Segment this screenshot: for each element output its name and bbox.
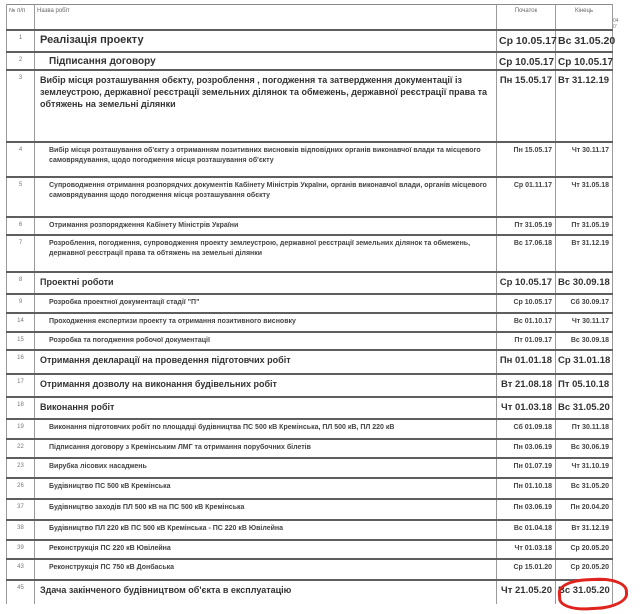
row-number: 4 <box>7 142 35 177</box>
start-date: Пт 31.05.19 <box>497 217 556 235</box>
table-row: 3Вибір місця розташування обєкту, розроб… <box>7 70 613 142</box>
end-date: Пт 30.11.18 <box>556 419 613 439</box>
task-name: Реконструкція ПС 750 кВ Донбаська <box>35 559 497 580</box>
row-number: 38 <box>7 520 35 540</box>
side-note: 04 0' <box>613 18 619 30</box>
start-date: Вс 17.06.18 <box>497 235 556 272</box>
end-date: Вс 30.09.18 <box>556 272 613 294</box>
task-name: Розробка проектної документації стадії "… <box>35 294 497 313</box>
start-date: Ср 01.11.17 <box>497 177 556 217</box>
start-date: Чт 01.03.18 <box>497 540 556 559</box>
table-row: 43Реконструкція ПС 750 кВ ДонбаськаСр 15… <box>7 559 613 580</box>
start-date: Ср 10.05.17 <box>497 294 556 313</box>
end-date: Вт 31.12.19 <box>556 520 613 540</box>
task-name: Розробка та погодження робочої документа… <box>35 332 497 350</box>
row-number: 6 <box>7 217 35 235</box>
task-name: Проходження експертизи проекту та отрима… <box>35 313 497 332</box>
header-name: Назва робіт <box>35 5 497 31</box>
table-body: 1Реалізація проектуСр 10.05.17Вс 31.05.2… <box>7 30 613 604</box>
start-date: Ср 15.01.20 <box>497 559 556 580</box>
end-date: Ср 10.05.17 <box>556 52 613 70</box>
task-name: Виконання підготовчих робіт по площадці … <box>35 419 497 439</box>
table-row: 16Отримання декларації на проведення під… <box>7 350 613 374</box>
row-number: 37 <box>7 499 35 520</box>
schedule-document: № п/п Назва робіт Початок Кінець 1Реаліз… <box>6 4 612 604</box>
header-end: Кінець <box>556 5 613 31</box>
row-number: 14 <box>7 313 35 332</box>
row-number: 2 <box>7 52 35 70</box>
end-date: Пн 20.04.20 <box>556 499 613 520</box>
end-date: Вс 30.09.18 <box>556 332 613 350</box>
end-date: Ср 20.05.20 <box>556 540 613 559</box>
table-row: 17Отримання дозволу на виконання будівел… <box>7 374 613 397</box>
table-row: 2Підписання договоруСр 10.05.17Ср 10.05.… <box>7 52 613 70</box>
start-date: Чт 21.05.20 <box>497 580 556 604</box>
table-row: 7Розроблення, погодження, супроводження … <box>7 235 613 272</box>
row-number: 23 <box>7 458 35 478</box>
start-date: Пн 03.06.19 <box>497 499 556 520</box>
row-number: 45 <box>7 580 35 604</box>
row-number: 1 <box>7 30 35 52</box>
task-name: Підписання договору з Кремінським ЛМГ та… <box>35 439 497 458</box>
task-name: Реалізація проекту <box>35 30 497 52</box>
end-date: Чт 31.10.19 <box>556 458 613 478</box>
table-row: 1Реалізація проектуСр 10.05.17Вс 31.05.2… <box>7 30 613 52</box>
start-date: Пн 15.05.17 <box>497 70 556 142</box>
header-num: № п/п <box>7 5 35 31</box>
table-header: № п/п Назва робіт Початок Кінець <box>7 5 613 31</box>
table-row: 39Реконструкція ПС 220 кВ ЮвілейнаЧт 01.… <box>7 540 613 559</box>
table-row: 4Вибір місця розташування об'єкту з отри… <box>7 142 613 177</box>
row-number: 19 <box>7 419 35 439</box>
table-row: 6Отримання розпорядження Кабінету Мініст… <box>7 217 613 235</box>
start-date: Вт 21.08.18 <box>497 374 556 397</box>
end-date: Вс 31.05.20 <box>556 580 613 604</box>
table-row: 9Розробка проектної документації стадії … <box>7 294 613 313</box>
start-date: Пн 15.05.17 <box>497 142 556 177</box>
row-number: 22 <box>7 439 35 458</box>
end-date: Ср 20.05.20 <box>556 559 613 580</box>
end-date: Вс 31.05.20 <box>556 478 613 499</box>
start-date: Пт 01.09.17 <box>497 332 556 350</box>
end-date: Вс 30.06.19 <box>556 439 613 458</box>
end-date: Пт 05.10.18 <box>556 374 613 397</box>
schedule-table: № п/п Назва робіт Початок Кінець 1Реаліз… <box>6 4 613 604</box>
task-name: Вибір місця розташування обєкту, розробл… <box>35 70 497 142</box>
task-name: Отримання декларації на проведення підго… <box>35 350 497 374</box>
table-row: 45Здача закінченого будівництвом об'єкта… <box>7 580 613 604</box>
end-date: Вт 31.12.19 <box>556 235 613 272</box>
row-number: 5 <box>7 177 35 217</box>
end-date: Чт 30.11.17 <box>556 313 613 332</box>
start-date: Ср 10.05.17 <box>497 272 556 294</box>
end-date: Пт 31.05.19 <box>556 217 613 235</box>
table-row: 14Проходження експертизи проекту та отри… <box>7 313 613 332</box>
row-number: 16 <box>7 350 35 374</box>
start-date: Вс 01.04.18 <box>497 520 556 540</box>
task-name: Вирубка лісових насаджень <box>35 458 497 478</box>
table-row: 26Будівництво ПС 500 кВ КремінськаПн 01.… <box>7 478 613 499</box>
task-name: Реконструкція ПС 220 кВ Ювілейна <box>35 540 497 559</box>
task-name: Будівництво ПС 500 кВ Кремінська <box>35 478 497 499</box>
start-date: Ср 10.05.17 <box>497 52 556 70</box>
start-date: Пн 03.06.19 <box>497 439 556 458</box>
task-name: Розроблення, погодження, супроводження п… <box>35 235 497 272</box>
task-name: Підписання договору <box>35 52 497 70</box>
row-number: 15 <box>7 332 35 350</box>
start-date: Пн 01.01.18 <box>497 350 556 374</box>
task-name: Проектні роботи <box>35 272 497 294</box>
table-row: 19Виконання підготовчих робіт по площадц… <box>7 419 613 439</box>
table-row: 8Проектні роботиСр 10.05.17Вс 30.09.18 <box>7 272 613 294</box>
start-date: Ср 10.05.17 <box>497 30 556 52</box>
table-row: 18Виконання робітЧт 01.03.18Вс 31.05.20 <box>7 397 613 419</box>
row-number: 8 <box>7 272 35 294</box>
end-date: Вс 31.05.20 <box>556 397 613 419</box>
row-number: 7 <box>7 235 35 272</box>
task-name: Супроводження отримання розпорядчих доку… <box>35 177 497 217</box>
task-name: Вибір місця розташування об'єкту з отрим… <box>35 142 497 177</box>
end-date: Вс 31.05.20 <box>556 30 613 52</box>
end-date: Сб 30.09.17 <box>556 294 613 313</box>
row-number: 18 <box>7 397 35 419</box>
task-name: Отримання розпорядження Кабінету Міністр… <box>35 217 497 235</box>
start-date: Пн 01.07.19 <box>497 458 556 478</box>
end-date: Чт 31.05.18 <box>556 177 613 217</box>
table-row: 15Розробка та погодження робочої докумен… <box>7 332 613 350</box>
table-row: 22Підписання договору з Кремінським ЛМГ … <box>7 439 613 458</box>
task-name: Виконання робіт <box>35 397 497 419</box>
start-date: Сб 01.09.18 <box>497 419 556 439</box>
row-number: 9 <box>7 294 35 313</box>
table-row: 5Супроводження отримання розпорядчих док… <box>7 177 613 217</box>
row-number: 43 <box>7 559 35 580</box>
row-number: 3 <box>7 70 35 142</box>
start-date: Вс 01.10.17 <box>497 313 556 332</box>
row-number: 26 <box>7 478 35 499</box>
start-date: Пн 01.10.18 <box>497 478 556 499</box>
table-row: 37Будівництво заходів ПЛ 500 кВ на ПС 50… <box>7 499 613 520</box>
end-date: Вт 31.12.19 <box>556 70 613 142</box>
task-name: Здача закінченого будівництвом об'єкта в… <box>35 580 497 604</box>
header-start: Початок <box>497 5 556 31</box>
end-date: Ср 31.01.18 <box>556 350 613 374</box>
start-date: Чт 01.03.18 <box>497 397 556 419</box>
end-date: Чт 30.11.17 <box>556 142 613 177</box>
table-row: 38Будівництво ПЛ 220 кВ ПС 500 кВ Кремін… <box>7 520 613 540</box>
row-number: 39 <box>7 540 35 559</box>
table-row: 23Вирубка лісових насадженьПн 01.07.19Чт… <box>7 458 613 478</box>
task-name: Отримання дозволу на виконання будівельн… <box>35 374 497 397</box>
task-name: Будівництво заходів ПЛ 500 кВ на ПС 500 … <box>35 499 497 520</box>
task-name: Будівництво ПЛ 220 кВ ПС 500 кВ Кремінсь… <box>35 520 497 540</box>
row-number: 17 <box>7 374 35 397</box>
side-note-line: 0' <box>613 24 619 30</box>
